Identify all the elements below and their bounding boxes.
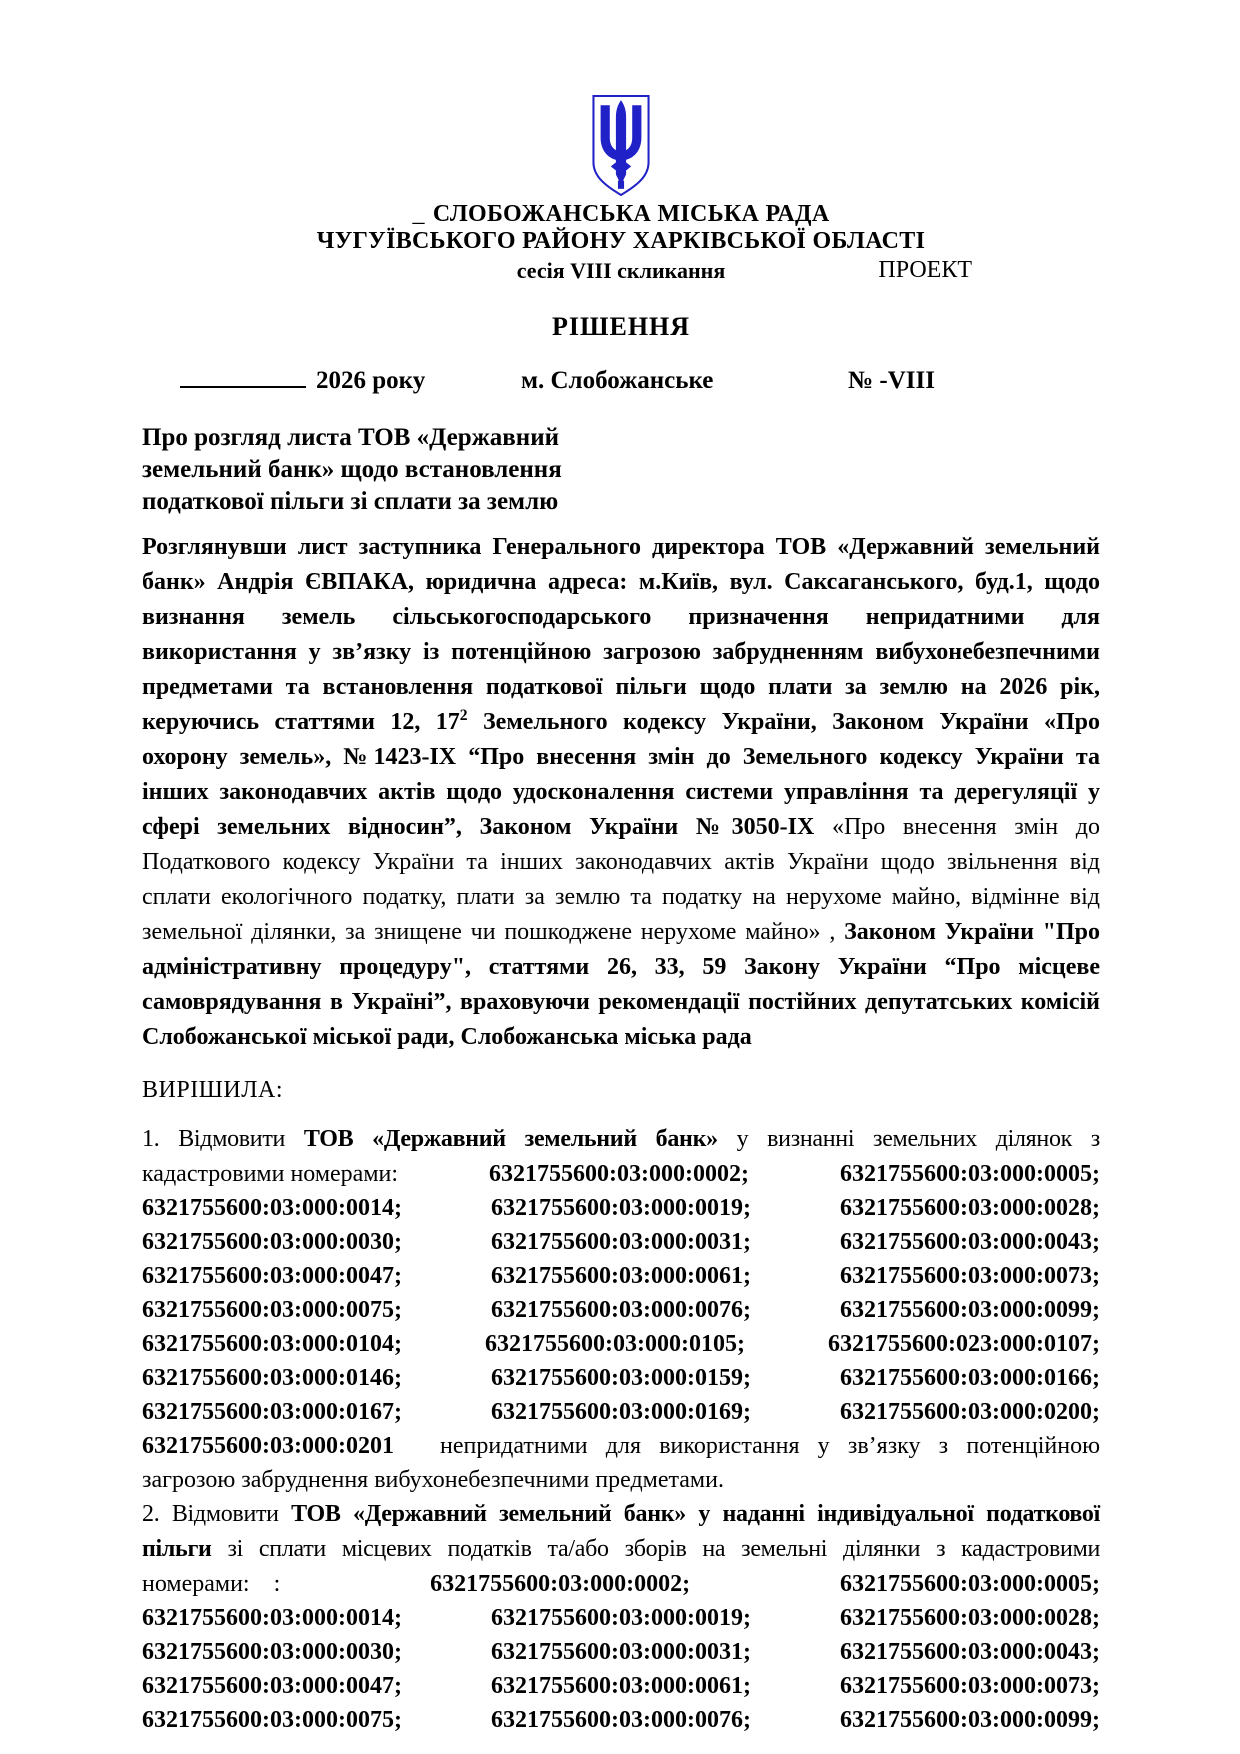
cadastral-tail-row: 6321755600:03:000:0201 непридатними для … (142, 1429, 1100, 1463)
item2-intro-line1: 2. Відмовити ТОВ «Державний земельний ба… (142, 1497, 1100, 1532)
resolution-item-2: 2. Відмовити ТОВ «Державний земельний ба… (142, 1497, 1100, 1737)
cadastral-number: 6321755600:03:000:0047; (142, 1669, 402, 1703)
cadastral-number: 6321755600:03:000:0043; (840, 1635, 1100, 1669)
session-row: сесія VIII скликання ПРОЕКТ (142, 257, 1100, 284)
superscript-2: 2 (460, 707, 468, 724)
item2-intro-line2: пільги зі сплати місцевих податків та/аб… (142, 1532, 1100, 1567)
cadastral-number: 6321755600:03:000:0043; (840, 1225, 1100, 1259)
cadastral-number: 6321755600:03:000:0167; (142, 1395, 402, 1429)
cadastral-number: 6321755600:03:000:0002; (430, 1567, 690, 1601)
document-header: _СЛОБОЖАНСЬКА МІСЬКА РАДА ЧУГУЇВСЬКОГО Р… (142, 95, 1100, 400)
cadastral-row: 6321755600:03:000:0104; 6321755600:03:00… (142, 1327, 1100, 1361)
company-name: ТОВ «Державний земельний банк» у наданні… (291, 1501, 1100, 1527)
cadastral-row: 6321755600:03:000:0014; 6321755600:03:00… (142, 1601, 1100, 1635)
ukraine-trident-emblem (142, 95, 1100, 197)
cadastral-number: 6321755600:03:000:0076; (491, 1293, 751, 1327)
cadastral-number: 6321755600:03:000:0200; (840, 1395, 1100, 1429)
item1-intro-line: 1. Відмовити ТОВ «Державний земельний ба… (142, 1122, 1100, 1157)
cadastral-row: 6321755600:03:000:0047; 6321755600:03:00… (142, 1669, 1100, 1703)
resolved-label: ВИРІШИЛА: (142, 1073, 1100, 1108)
cadastral-number: 6321755600:03:000:0030; (142, 1225, 402, 1259)
cadastral-number: 6321755600:03:000:0005; (840, 1157, 1100, 1191)
cadastral-number: 6321755600:03:000:0073; (840, 1259, 1100, 1293)
preamble-segment: Розглянувши лист заступника Генерального… (142, 534, 1100, 735)
item1-number: 1. Відмовити (142, 1126, 304, 1152)
cadastral-row: 6321755600:03:000:0075; 6321755600:03:00… (142, 1293, 1100, 1327)
session-label: сесія VIII скликання (517, 258, 725, 283)
cadastral-number: 6321755600:03:000:0076; (491, 1703, 751, 1737)
cadastral-number: 6321755600:03:000:0099; (840, 1703, 1100, 1737)
document-page: _СЛОБОЖАНСЬКА МІСЬКА РАДА ЧУГУЇВСЬКОГО Р… (0, 0, 1240, 1754)
date-field: 2026 року (180, 363, 425, 398)
cadastral-number: 6321755600:023:000:0107; (828, 1327, 1100, 1361)
cadastral-row: 6321755600:03:000:0030; 6321755600:03:00… (142, 1225, 1100, 1259)
cadastral-number: 6321755600:03:000:0061; (491, 1669, 751, 1703)
cadastral-number: 6321755600:03:000:0031; (491, 1635, 751, 1669)
resolution-item-1: 1. Відмовити ТОВ «Державний земельний ба… (142, 1122, 1100, 1497)
cadastral-number: 6321755600:03:000:0019; (491, 1191, 751, 1225)
place-label: м. Слобожанське (521, 363, 713, 398)
cadastral-number: 6321755600:03:000:0002; (489, 1157, 749, 1191)
cadastral-number: 6321755600:03:000:0031; (491, 1225, 751, 1259)
preamble-paragraph: Розглянувши лист заступника Генерального… (142, 530, 1100, 1055)
blank-date-line (180, 366, 306, 388)
cadastral-number: 6321755600:03:000:0019; (491, 1601, 751, 1635)
document-type-title: РІШЕННЯ (142, 312, 1100, 342)
cadastral-label: номерами: : (142, 1567, 280, 1601)
org-name-text: СЛОБОЖАНСЬКА МІСЬКА РАДА (433, 201, 830, 227)
cadastral-row: 6321755600:03:000:0014; 6321755600:03:00… (142, 1191, 1100, 1225)
item2-number: 2. Відмовити (142, 1501, 291, 1527)
cadastral-number: 6321755600:03:000:0146; (142, 1361, 402, 1395)
cadastral-number: 6321755600:03:000:0047; (142, 1259, 402, 1293)
stray-underscore: _ (413, 201, 425, 228)
year-text: 2026 року (316, 367, 425, 394)
cadastral-number: 6321755600:03:000:0166; (840, 1361, 1100, 1395)
item1-closing-line: загрозою забруднення вибухонебезпечними … (142, 1463, 1100, 1497)
trident-icon (587, 95, 655, 197)
cadastral-number: 6321755600:03:000:0014; (142, 1601, 402, 1635)
cadastral-row: 6321755600:03:000:0047; 6321755600:03:00… (142, 1259, 1100, 1293)
cadastral-number: 6321755600:03:000:0028; (840, 1601, 1100, 1635)
cadastral-row: кадастровими номерами: 6321755600:03:000… (142, 1157, 1100, 1191)
document-number: № -VIII (848, 363, 935, 398)
cadastral-number: 6321755600:03:000:0014; (142, 1191, 402, 1225)
cadastral-number: 6321755600:03:000:0005; (840, 1567, 1100, 1601)
subject-line: Про розгляд листа ТОВ «Державний (142, 422, 1100, 454)
cadastral-number: 6321755600:03:000:0105; (485, 1327, 745, 1361)
cadastral-number: 6321755600:03:000:0061; (491, 1259, 751, 1293)
date-row: 2026 року м. Слобожанське № -VIII (142, 364, 1100, 400)
company-name: ТОВ «Державний земельний банк» (304, 1126, 718, 1152)
cadastral-row: 6321755600:03:000:0167; 6321755600:03:00… (142, 1395, 1100, 1429)
cadastral-number: 6321755600:03:000:0028; (840, 1191, 1100, 1225)
cadastral-row: номерами: : 6321755600:03:000:0002; 6321… (142, 1567, 1100, 1601)
cadastral-number: 6321755600:03:000:0073; (840, 1669, 1100, 1703)
cadastral-row: 6321755600:03:000:0146; 6321755600:03:00… (142, 1361, 1100, 1395)
cadastral-number: 6321755600:03:000:0075; (142, 1293, 402, 1327)
cadastral-row: 6321755600:03:000:0030; 6321755600:03:00… (142, 1635, 1100, 1669)
draft-label: ПРОЕКТ (878, 257, 972, 284)
item1-tail-text: непридатними для використання у зв’язку … (440, 1429, 1100, 1463)
cadastral-number: 6321755600:03:000:0169; (491, 1395, 751, 1429)
cadastral-number: 6321755600:03:000:0075; (142, 1703, 402, 1737)
subject-block: Про розгляд листа ТОВ «Державний земельн… (142, 422, 1100, 518)
org-name-line1: _СЛОБОЖАНСЬКА МІСЬКА РАДА (142, 201, 1100, 228)
item2-bold-word: пільги (142, 1536, 212, 1562)
item1-intro-rest: у визнанні земельних ділянок з (718, 1126, 1100, 1152)
org-name-line2: ЧУГУЇВСЬКОГО РАЙОНУ ХАРКІВСЬКОЇ ОБЛАСТІ (142, 228, 1100, 255)
item2-intro-rest: зі сплати місцевих податків та/або зборі… (212, 1536, 1100, 1562)
subject-line: земельний банк» щодо встановлення (142, 454, 1100, 486)
subject-line: податкової пільги зі сплати за землю (142, 486, 1100, 518)
cadastral-number: 6321755600:03:000:0201 (142, 1429, 394, 1463)
cadastral-number: 6321755600:03:000:0099; (840, 1293, 1100, 1327)
cadastral-row: 6321755600:03:000:0075; 6321755600:03:00… (142, 1703, 1100, 1737)
cadastral-number: 6321755600:03:000:0030; (142, 1635, 402, 1669)
cadastral-number: 6321755600:03:000:0104; (142, 1327, 402, 1361)
cadastral-number: 6321755600:03:000:0159; (491, 1361, 751, 1395)
cadastral-label: кадастровими номерами: (142, 1157, 398, 1191)
